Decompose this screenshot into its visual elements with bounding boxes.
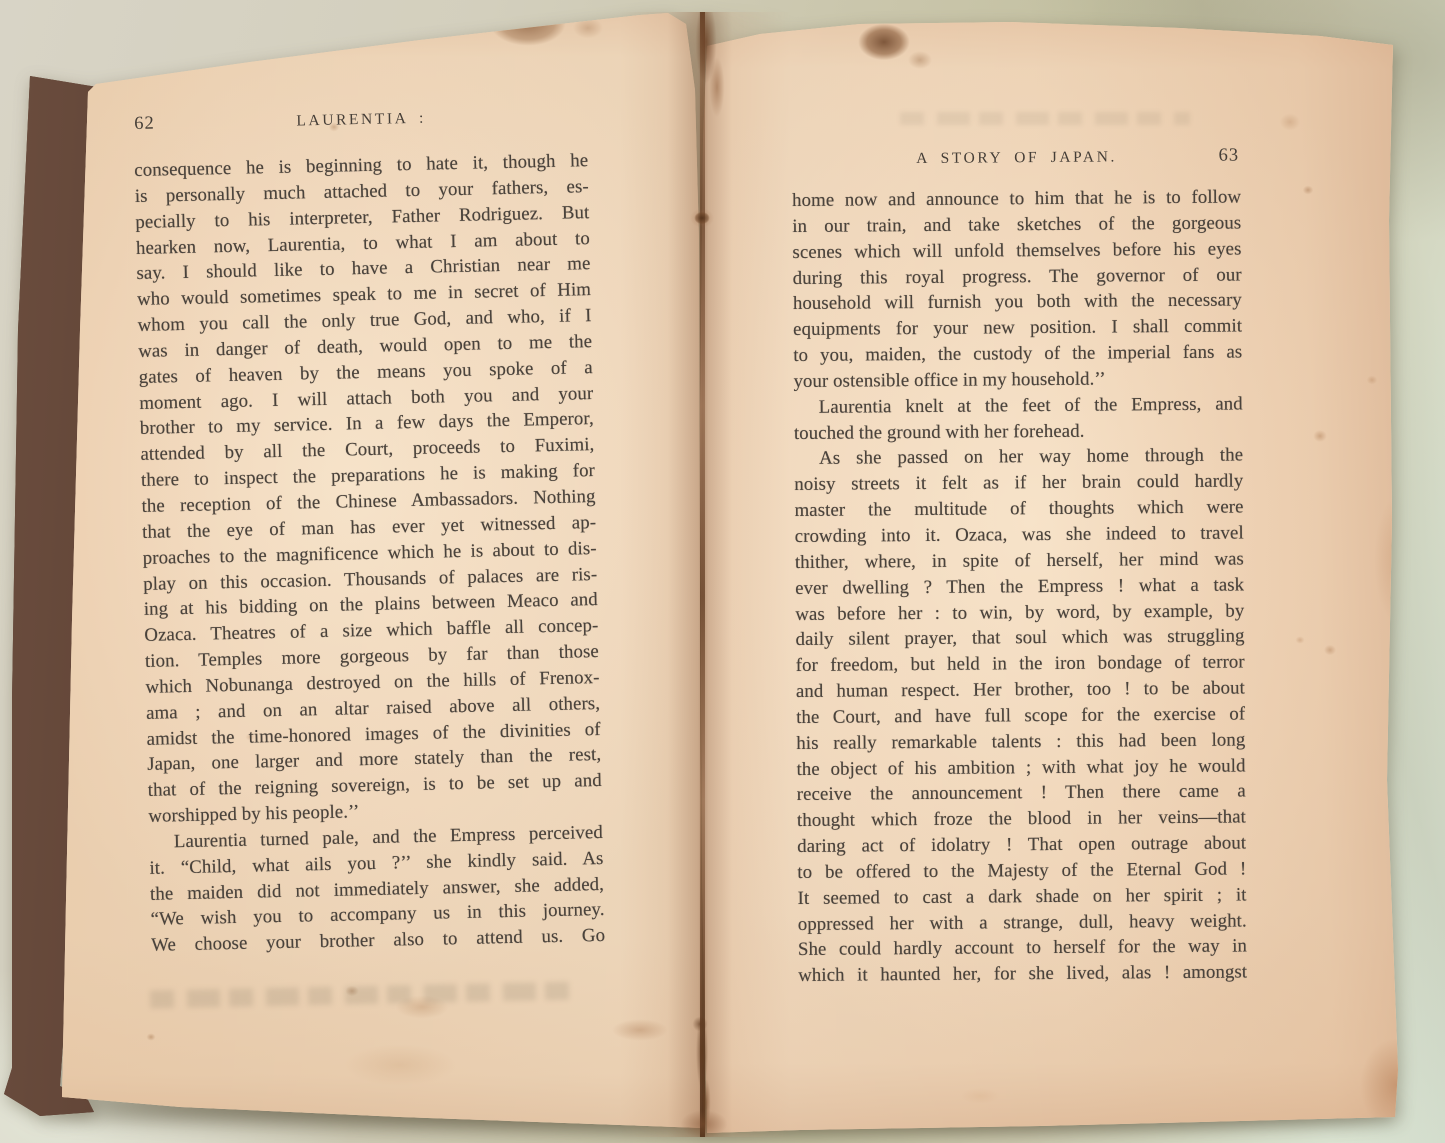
text-line: She could hardly account to herself for …	[798, 934, 1247, 963]
right-page-text: home now and announce to him that he is …	[792, 184, 1247, 989]
text-line: noisy streets it felt as if her brain co…	[794, 469, 1243, 498]
text-line: was before her : to win, by word, by exa…	[795, 598, 1244, 627]
text-line: master the multitude of thoughts which w…	[794, 495, 1243, 524]
text-line: Laurentia knelt at the feet of the Empre…	[794, 391, 1243, 420]
text-line: crowding into it. Ozaca, was she indeed …	[795, 520, 1244, 549]
left-page-text: consequence he is beginning to hate it, …	[134, 148, 605, 959]
text-line: his really remarkable talents : this had…	[796, 727, 1245, 756]
book-gutter-binding	[620, 12, 790, 1137]
ghost-text-showthrough	[900, 112, 1190, 125]
text-line: equipments for your new position. I shal…	[793, 314, 1242, 343]
text-line: your ostensible office in my household.’…	[793, 365, 1242, 394]
text-line: home now and announce to him that he is …	[792, 184, 1241, 213]
text-line: touched the ground with her forehead.	[794, 417, 1243, 446]
right-page-header: A STORY OF JAPAN. 63	[792, 145, 1241, 175]
text-line: It seemed to cast a dark shade on her sp…	[797, 882, 1246, 911]
text-line: and human respect. Her brother, too ! to…	[796, 675, 1245, 704]
text-line: to you, maiden, the custody of the imper…	[793, 340, 1242, 369]
text-line: daring act of idolatry ! That open outra…	[797, 831, 1246, 860]
text-line: scenes which will unfold themselves befo…	[792, 236, 1241, 265]
text-line: which it haunted her, for she lived, ala…	[798, 960, 1247, 989]
text-line: ever dwelling ? Then the Empress ! what …	[795, 572, 1244, 601]
text-line: daily silent prayer, that soul which was…	[795, 624, 1244, 653]
text-line: in our train, and take sketches of the g…	[792, 210, 1241, 239]
photo-background: 62 LAURENTIA : A STORY OF JAPAN. 63 cons…	[0, 0, 1445, 1143]
text-line: thither, where, in spite of herself, her…	[795, 546, 1244, 575]
text-line: oppressed her with a strange, dull, heav…	[798, 908, 1247, 937]
text-line: during this royal progress. The governor…	[793, 262, 1242, 291]
text-line: the object of his ambition ; with what j…	[796, 753, 1245, 782]
text-line: the Court, and have full scope for the e…	[796, 701, 1245, 730]
right-page-number: 63	[1218, 145, 1239, 166]
text-line: As she passed on her way home through th…	[794, 443, 1243, 472]
text-line: household will furnish you both with the…	[793, 288, 1242, 317]
right-running-title: A STORY OF JAPAN.	[792, 147, 1241, 169]
text-line: receive the announcement ! Then there ca…	[797, 779, 1246, 808]
text-line: to be offered to the Majesty of the Eter…	[797, 856, 1246, 885]
open-book: 62 LAURENTIA : A STORY OF JAPAN. 63 cons…	[0, 0, 1445, 1143]
text-line: for freedom, but held in the iron bondag…	[796, 650, 1245, 679]
text-line: thought which froze the blood in her vei…	[797, 805, 1246, 834]
